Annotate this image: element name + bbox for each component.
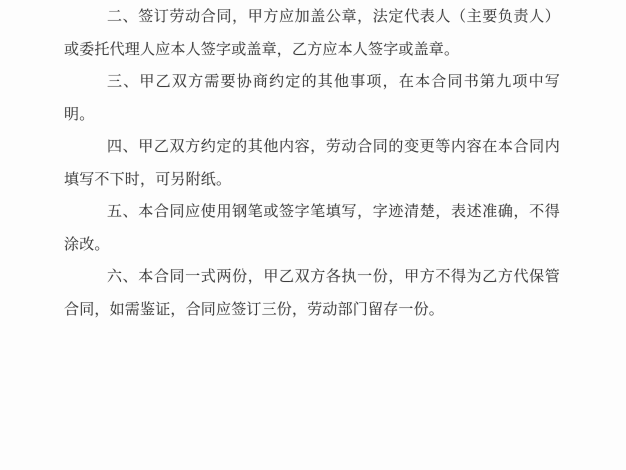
contract-clause-5: 五、本合同应使用钢笔或签字笔填写，字迹清楚，表述准确，不得涂改。 [64,196,560,261]
contract-clause-3: 三、甲乙双方需要协商约定的其他事项，在本合同书第九项中写明。 [64,66,560,131]
contract-clause-4: 四、甲乙双方约定的其他内容，劳动合同的变更等内容在本合同内填写不下时，可另附纸。 [64,131,560,196]
document-body-text: 二、签订劳动合同，甲方应加盖公章，法定代表人（主要负责人）或委托代理人应本人签字… [64,1,560,326]
contract-clause-6: 六、本合同一式两份，甲乙双方各执一份，甲方不得为乙方代保管合同，如需鉴证，合同应… [64,261,560,326]
contract-clause-2: 二、签订劳动合同，甲方应加盖公章，法定代表人（主要负责人）或委托代理人应本人签字… [64,1,560,66]
document-page: 二、签订劳动合同，甲方应加盖公章，法定代表人（主要负责人）或委托代理人应本人签字… [0,0,626,470]
